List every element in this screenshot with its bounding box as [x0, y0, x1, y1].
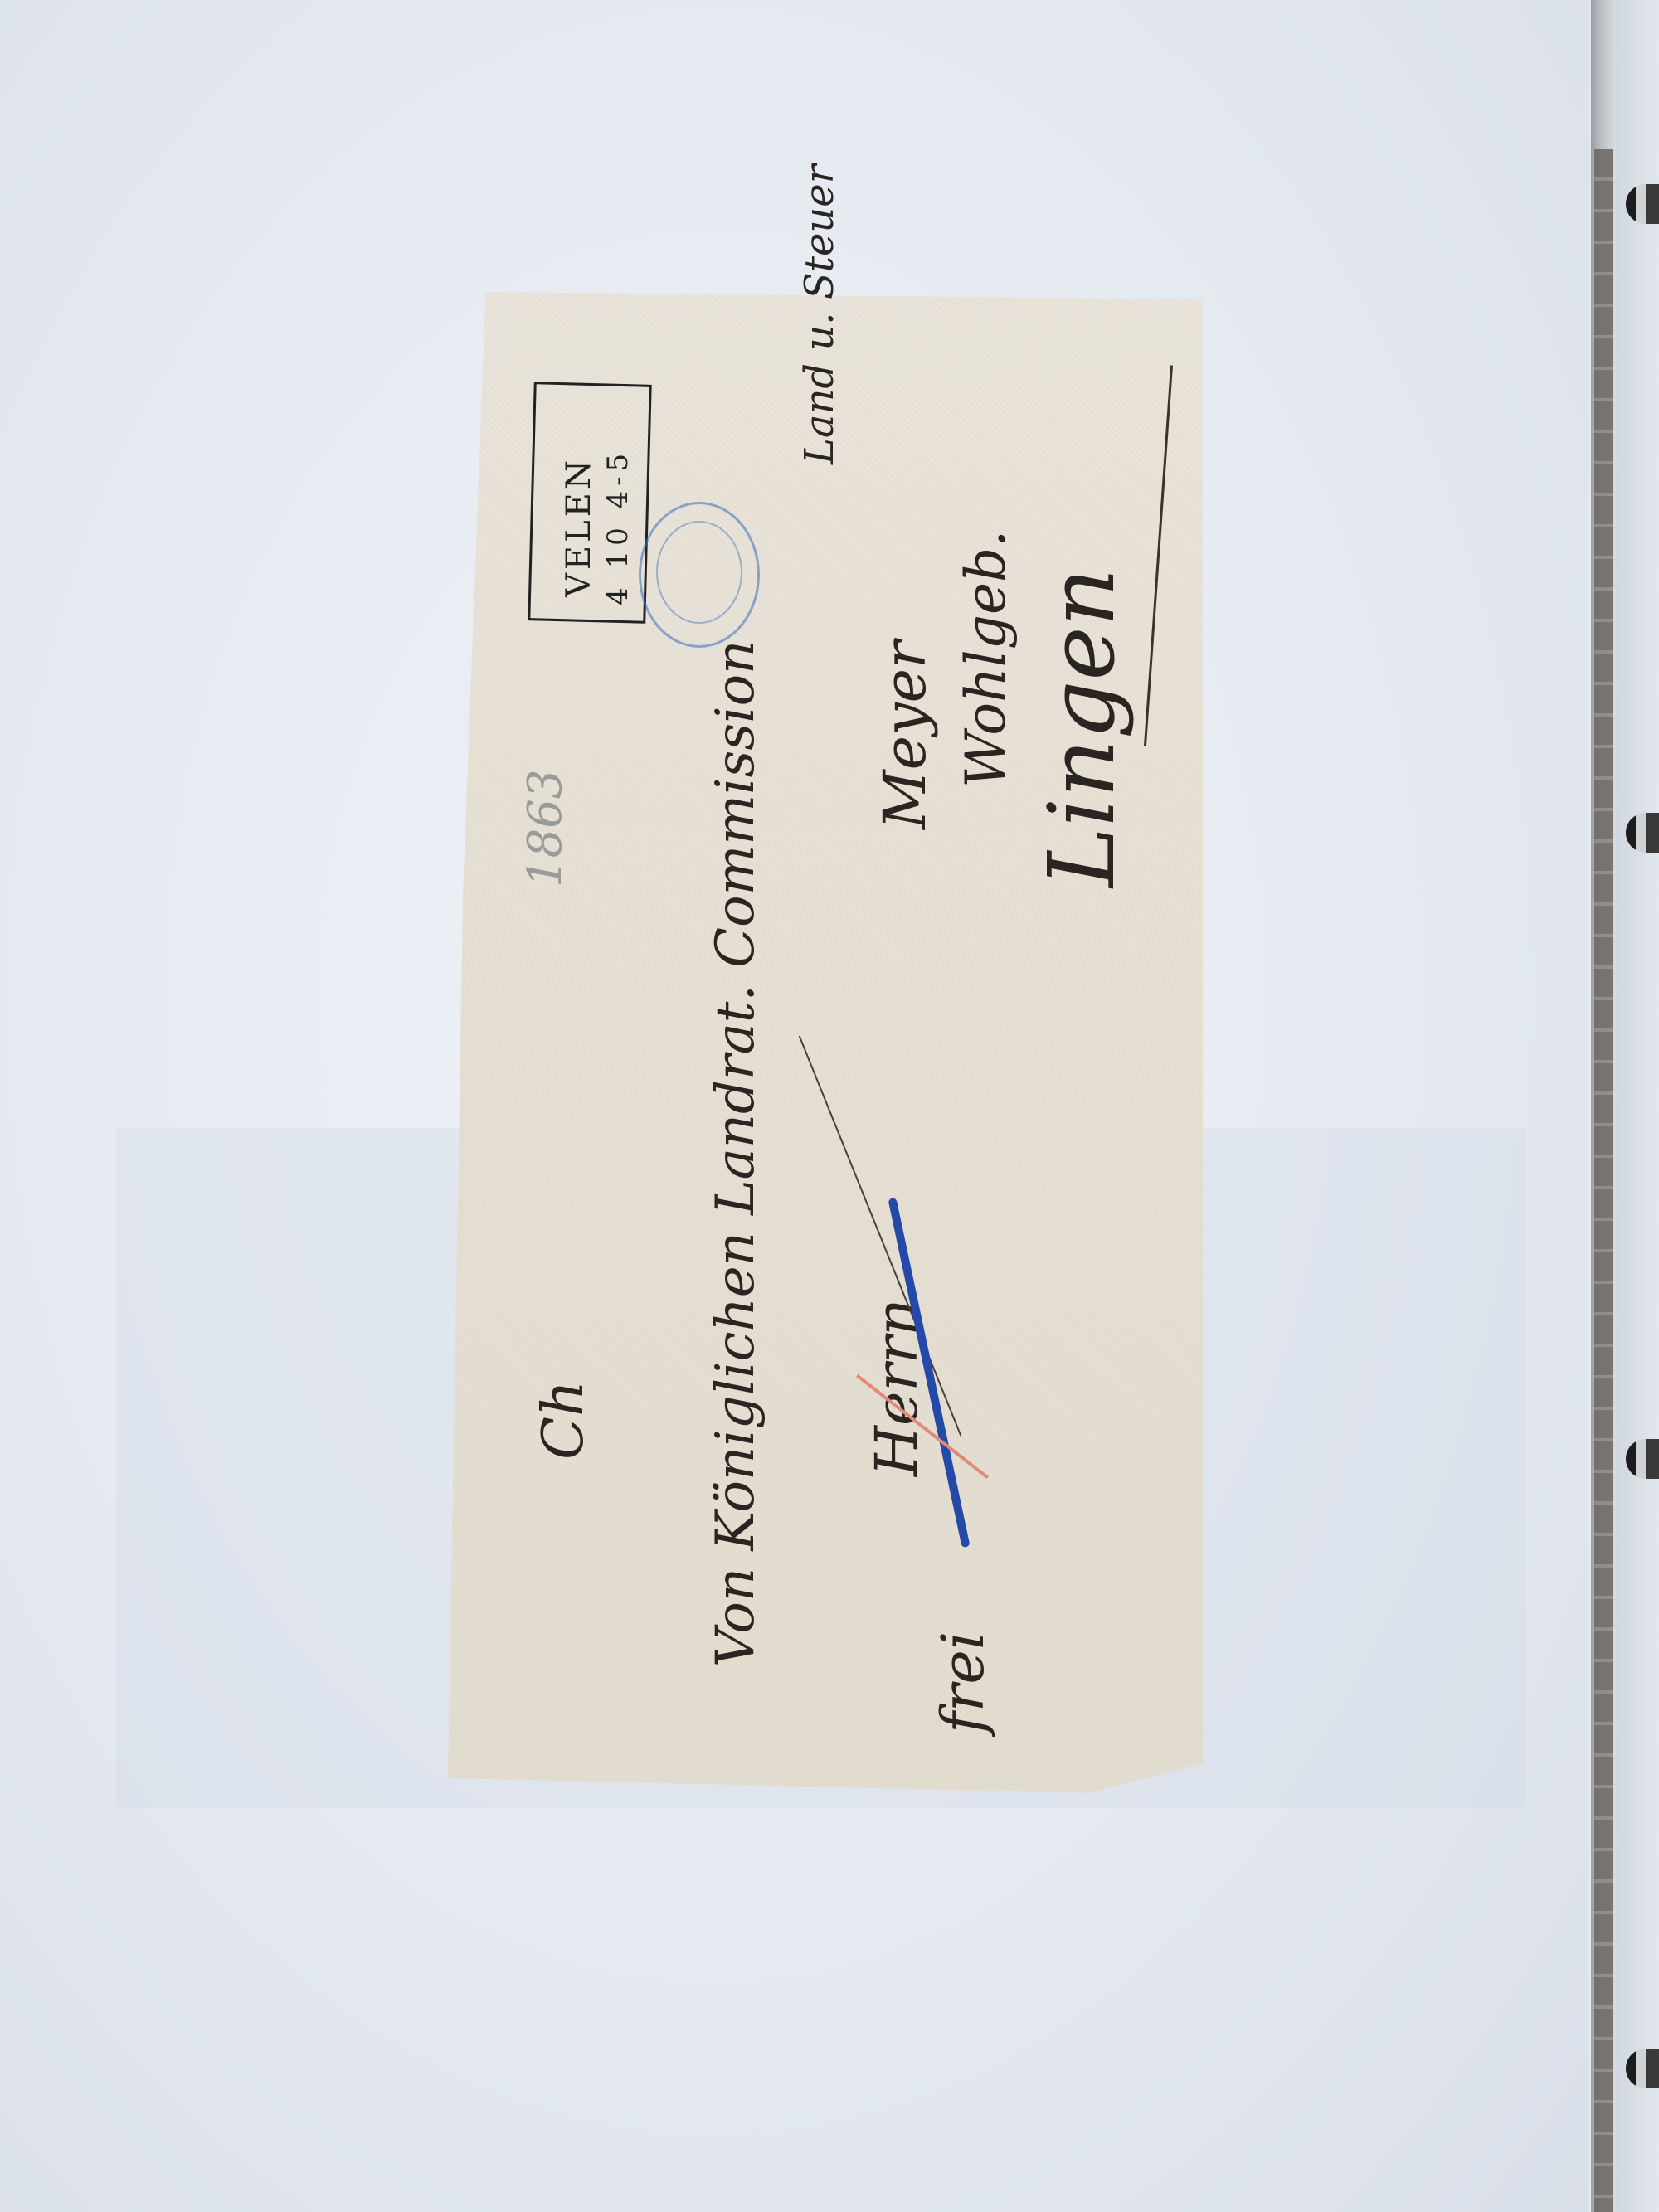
postmark-date: 4 10 4-5 [601, 449, 635, 605]
handwritten-initial: Ch [531, 1380, 596, 1460]
punch-hole [1626, 813, 1659, 853]
binder-strip-texture [1594, 149, 1613, 2212]
address-line-recipient: Meyer [871, 640, 939, 829]
address-line-destination: Lingen [1029, 568, 1135, 887]
punch-hole [1626, 1439, 1659, 1479]
address-line-sender-sub: Land u. Steuer [796, 164, 843, 464]
binder-margin [1616, 0, 1659, 2212]
blue-circular-cancel [639, 502, 760, 648]
pencil-year-annotation: 1863 [518, 769, 572, 887]
punch-hole [1626, 184, 1659, 224]
franco-marking: frei [929, 1631, 997, 1733]
binder-strip [1591, 0, 1616, 2212]
punch-hole [1626, 2049, 1659, 2088]
postmark-town: VELEN [560, 457, 598, 597]
blue-cancel-inner-ring [656, 521, 742, 624]
address-line-title: Wohlgeb. [954, 530, 1018, 788]
address-line-sender: Von Königlichen Landrat. Commission [705, 640, 766, 1667]
